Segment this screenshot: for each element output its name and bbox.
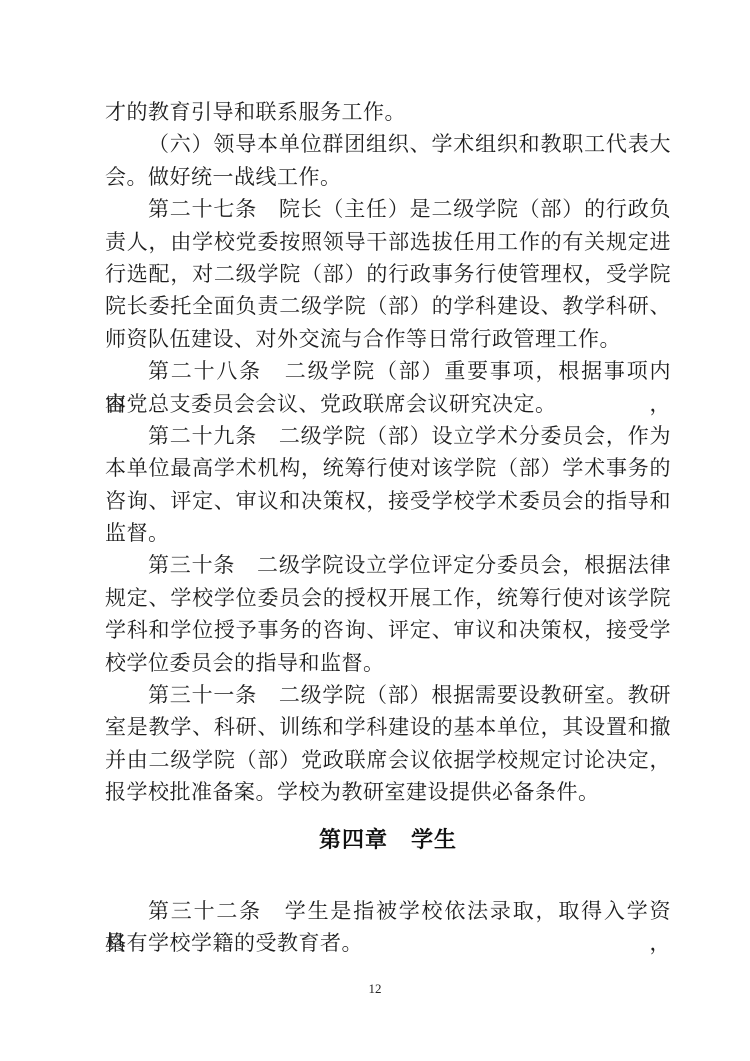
text-line: 报学校批准备案。学校为教研室建设提供必备条件。 [105, 776, 671, 808]
document-page: 才的教育引导和联系服务工作。（六）领导本单位群团组织、学术组织和教职工代表大会。… [0, 0, 750, 1061]
chapter-heading: 第四章 学生 [105, 825, 671, 855]
text-line: 本单位最高学术机构，统筹行使对该学院（部）学术事务的 [105, 452, 671, 484]
text-line: 室是教学、科研、训练和学科建设的基本单位，其设置和撤 [105, 711, 671, 743]
text-line: 第三十一条 二级学院（部）根据需要设教研室。教研 [105, 679, 671, 711]
text-line: 第二十七条 院长（主任）是二级学院（部）的行政负 [105, 193, 671, 225]
body-text: 才的教育引导和联系服务工作。（六）领导本单位群团组织、学术组织和教职工代表大会。… [105, 96, 671, 959]
text-line: 校学位委员会的指导和监督。 [105, 647, 671, 679]
text-line: 规定、学校学位委员会的授权开展工作，统筹行使对该学院 [105, 582, 671, 614]
text-line: 行选配，对二级学院（部）的行政事务行使管理权，受学院 [105, 258, 671, 290]
text-line: 学科和学位授予事务的咨询、评定、审议和决策权，接受学 [105, 614, 671, 646]
text-line: 第三十二条 学生是指被学校依法录取，取得入学资格， [105, 895, 671, 927]
text-line: 会。做好统一战线工作。 [105, 161, 671, 193]
page-number: 12 [0, 981, 750, 997]
text-line: 监督。 [105, 517, 671, 549]
text-line: 才的教育引导和联系服务工作。 [105, 96, 671, 128]
text-line: 第二十八条 二级学院（部）重要事项，根据事项内容， [105, 355, 671, 387]
text-line: 师资队伍建设、对外交流与合作等日常行政管理工作。 [105, 323, 671, 355]
text-line: 咨询、评定、审议和决策权，接受学校学术委员会的指导和 [105, 485, 671, 517]
text-line: 并由二级学院（部）党政联席会议依据学校规定讨论决定， [105, 744, 671, 776]
text-line: 院长委托全面负责二级学院（部）的学科建设、教学科研、 [105, 290, 671, 322]
text-line: 第三十条 二级学院设立学位评定分委员会，根据法律 [105, 549, 671, 581]
text-line: 第二十九条 二级学院（部）设立学术分委员会，作为 [105, 420, 671, 452]
text-line: （六）领导本单位群团组织、学术组织和教职工代表大 [105, 128, 671, 160]
text-line: 责人，由学校党委按照领导干部选拔任用工作的有关规定进 [105, 226, 671, 258]
